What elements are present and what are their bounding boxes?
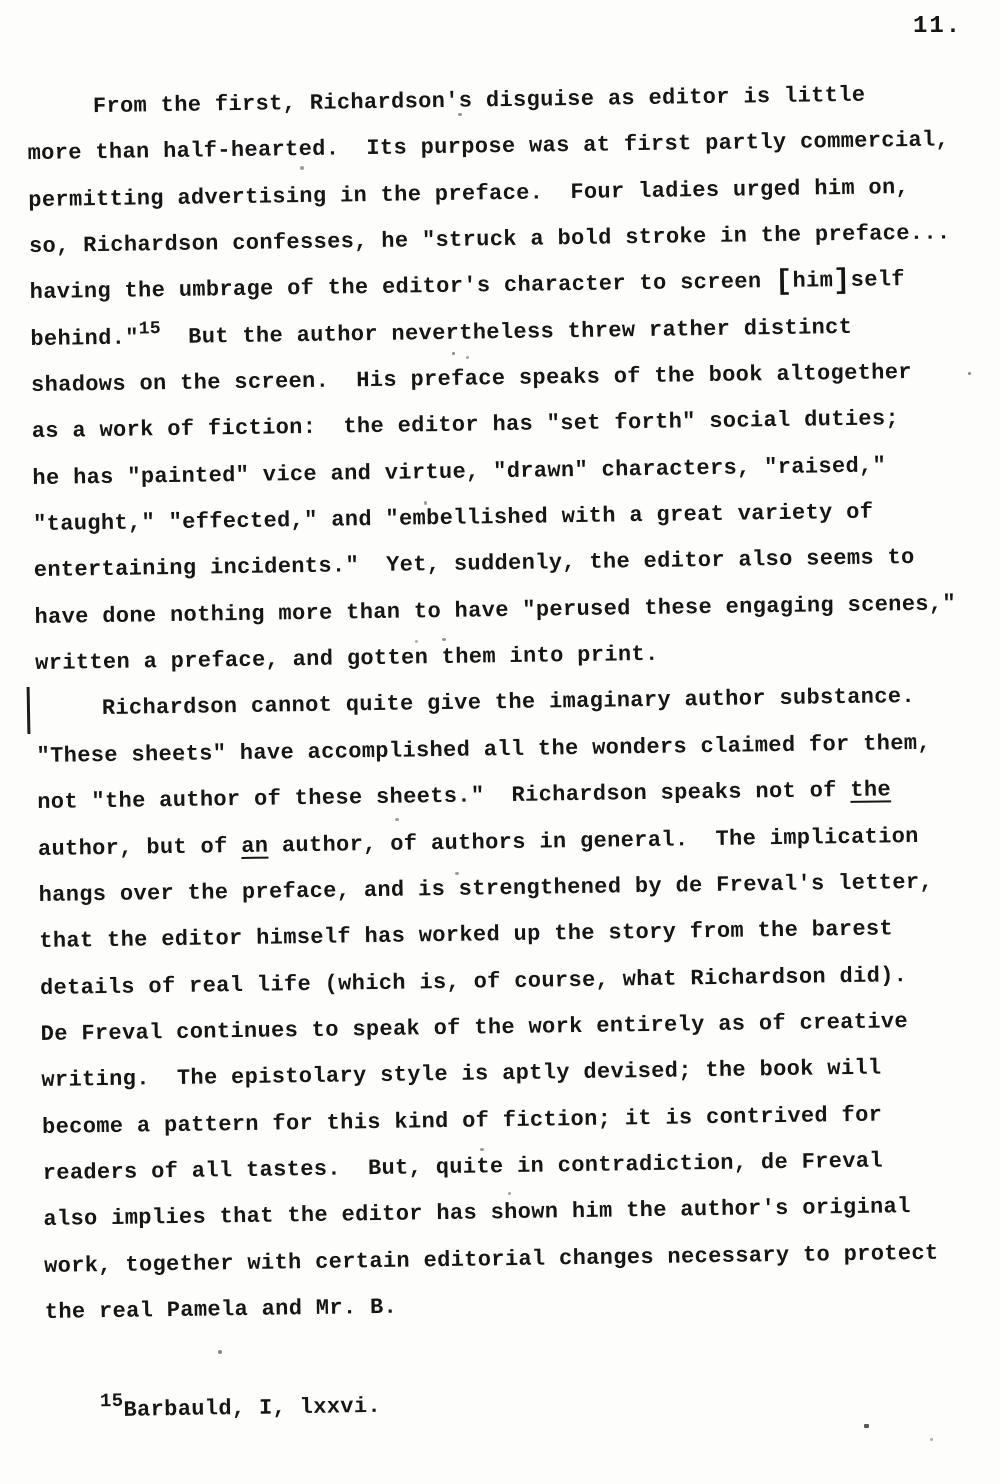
- scan-speck: [458, 113, 462, 116]
- text-segment: an: [241, 833, 268, 858]
- text-segment: self: [851, 267, 906, 293]
- scan-speck: [415, 640, 418, 643]
- scan-speck: [455, 872, 459, 875]
- text-segment: behind.": [30, 325, 139, 352]
- footnote-reference: 15: [139, 319, 162, 339]
- footnote-text: Barbauld, I, lxxvi.: [123, 1394, 381, 1423]
- scan-speck: [930, 1438, 933, 1441]
- footnote-marker: 15: [100, 1390, 124, 1412]
- document-body: From the first, Richardson's disguise as…: [27, 81, 990, 1346]
- text-segment: author, but of: [38, 833, 242, 861]
- text-segment: From the first, Richardson's disguise as…: [93, 83, 866, 119]
- scan-speck: [480, 1148, 484, 1151]
- scan-speck: [424, 501, 427, 505]
- scan-speck: [218, 1350, 222, 1354]
- scan-speck: [968, 372, 971, 375]
- scan-speck: [300, 166, 304, 170]
- text-segment: the: [850, 777, 891, 803]
- scan-speck: [864, 1424, 869, 1428]
- footnote: 15Barbauld, I, lxxvi.: [100, 1394, 381, 1423]
- scan-speck: [442, 638, 446, 641]
- text-segment: the real Pamela and Mr. B.: [45, 1295, 398, 1325]
- text-segment: [: [775, 265, 793, 298]
- typewritten-manuscript-page: 11. From the first, Richardson's disguis…: [0, 0, 1000, 1484]
- page-number: 11.: [913, 13, 962, 40]
- text-segment: him: [792, 269, 833, 295]
- margin-mark: [27, 687, 31, 734]
- scan-speck: [452, 352, 455, 355]
- text-segment: ]: [833, 264, 851, 297]
- scan-speck: [180, 757, 184, 761]
- scan-speck: [395, 818, 399, 821]
- scan-speck: [466, 356, 469, 359]
- scan-speck: [508, 1192, 511, 1195]
